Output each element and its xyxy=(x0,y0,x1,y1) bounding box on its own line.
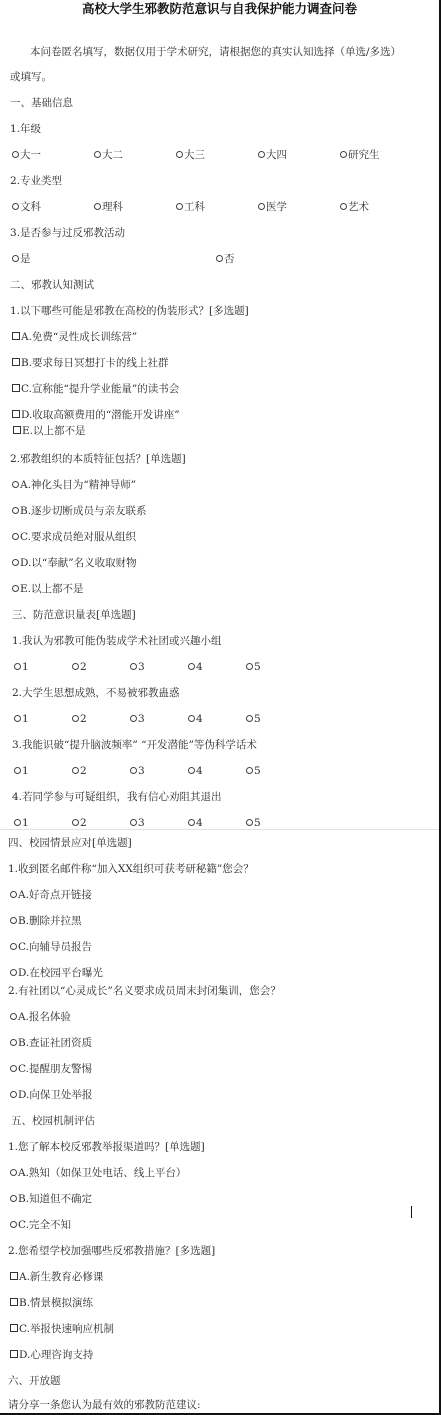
radio-scale1-1[interactable]: 1 xyxy=(14,660,29,674)
section-heading-mechanism-evaluation: 五、校园机制评估 xyxy=(11,1114,95,1128)
radio-scale4-2[interactable]: 2 xyxy=(72,816,87,830)
radio-major-medicine[interactable]: 医学 xyxy=(258,200,287,214)
radio-scale1-2[interactable]: 2 xyxy=(72,660,87,674)
section-heading-awareness-scale: 三、防范意识量表[单选题] xyxy=(12,608,136,622)
checkbox-measures-b[interactable]: B.情景模拟演练 xyxy=(10,1296,93,1310)
radio-major-art[interactable]: 艺术 xyxy=(340,200,369,214)
radio-channel-a[interactable]: A.熟知（如保卫处电话、线上平台） xyxy=(10,1166,186,1180)
radio-features-e[interactable]: E.以上都不是 xyxy=(12,582,84,596)
radio-icon[interactable] xyxy=(216,255,223,262)
radio-icon[interactable] xyxy=(188,663,195,670)
intro-text-line-1: 本问卷匿名填写，数据仅用于学术研究，请根据您的真实认知选择（单选/多选） xyxy=(30,45,401,59)
radio-icon[interactable] xyxy=(12,151,19,158)
document-page: 高校大学生邪教防范意识与自我保护能力调查问卷 本问卷匿名填写，数据仅用于学术研究… xyxy=(0,0,441,1415)
radio-icon[interactable] xyxy=(72,663,79,670)
radio-icon[interactable] xyxy=(12,559,19,566)
checkbox-icon[interactable] xyxy=(13,426,21,434)
checkbox-icon[interactable] xyxy=(10,1324,18,1332)
question-scale-4: 4.若同学参与可疑组织，我有信心劝阻其退出 xyxy=(12,790,222,804)
checkbox-measures-a[interactable]: A.新生教育必修课 xyxy=(10,1270,103,1284)
document-title: 高校大学生邪教防范意识与自我保护能力调查问卷 xyxy=(0,1,439,17)
radio-training-d[interactable]: D.向保卫处举报 xyxy=(10,1088,92,1102)
radio-icon[interactable] xyxy=(188,715,195,722)
radio-features-c[interactable]: C.要求成员绝对服从组织 xyxy=(12,530,136,544)
radio-scale2-5[interactable]: 5 xyxy=(246,712,261,726)
radio-participation-yes[interactable]: 是 xyxy=(12,252,31,266)
radio-scale4-3[interactable]: 3 xyxy=(130,816,145,830)
radio-scale3-2[interactable]: 2 xyxy=(72,764,87,778)
radio-icon[interactable] xyxy=(340,203,347,210)
radio-training-c[interactable]: C.提醒朋友警惕 xyxy=(10,1062,92,1076)
radio-icon[interactable] xyxy=(72,767,79,774)
radio-icon[interactable] xyxy=(258,203,265,210)
checkbox-icon[interactable] xyxy=(10,1272,18,1280)
radio-email-b[interactable]: B.删除并拉黑 xyxy=(10,914,82,928)
radio-icon[interactable] xyxy=(72,819,79,826)
radio-scale4-5[interactable]: 5 xyxy=(246,816,261,830)
radio-channel-c[interactable]: C.完全不知 xyxy=(10,1218,71,1232)
radio-icon[interactable] xyxy=(10,1013,17,1020)
radio-major-engineering[interactable]: 工科 xyxy=(176,200,205,214)
question-cult-features: 2.邪教组织的本质特征包括？[单选题] xyxy=(10,452,186,466)
checkbox-disguise-b[interactable]: B.要求每日冥想打卡的线上社群 xyxy=(12,356,169,370)
radio-scale2-1[interactable]: 1 xyxy=(14,712,29,726)
radio-icon[interactable] xyxy=(10,1091,17,1098)
radio-icon[interactable] xyxy=(188,767,195,774)
radio-icon[interactable] xyxy=(14,663,21,670)
radio-scale2-2[interactable]: 2 xyxy=(72,712,87,726)
radio-icon[interactable] xyxy=(258,151,265,158)
question-school-measures: 2.您希望学校加强哪些反邪教措施？[多选题] xyxy=(8,1244,215,1258)
radio-features-d[interactable]: D.以“奉献”名义收取财物 xyxy=(12,556,137,570)
radio-icon[interactable] xyxy=(12,203,19,210)
radio-grade-4[interactable]: 大四 xyxy=(258,148,287,162)
radio-scale3-1[interactable]: 1 xyxy=(14,764,29,778)
checkbox-disguise-a[interactable]: A.免费“灵性成长训练营” xyxy=(12,330,137,344)
radio-icon[interactable] xyxy=(246,663,253,670)
question-open-suggestion[interactable]: 请分享一条您认为最有效的邪教防范建议: xyxy=(8,1398,201,1412)
radio-scale3-4[interactable]: 4 xyxy=(188,764,203,778)
radio-major-science[interactable]: 理科 xyxy=(94,200,123,214)
checkbox-disguise-d[interactable]: D.收取高额费用的“潜能开发讲座” xyxy=(12,408,180,422)
radio-icon[interactable] xyxy=(130,663,137,670)
radio-icon[interactable] xyxy=(176,203,183,210)
question-anonymous-email: 1.收到匿名邮件称“加入XX组织可获考研秘籍”您会？ xyxy=(8,862,254,876)
checkbox-measures-d[interactable]: D.心理咨询支持 xyxy=(10,1348,93,1362)
radio-icon[interactable] xyxy=(10,969,17,976)
checkbox-icon[interactable] xyxy=(12,358,20,366)
radio-icon[interactable] xyxy=(94,203,101,210)
radio-grade-1[interactable]: 大一 xyxy=(12,148,41,162)
radio-grade-graduate[interactable]: 研究生 xyxy=(340,148,380,162)
section-heading-open-question: 六、开放题 xyxy=(8,1374,61,1388)
radio-scale3-5[interactable]: 5 xyxy=(246,764,261,778)
radio-scale2-3[interactable]: 3 xyxy=(130,712,145,726)
radio-icon[interactable] xyxy=(130,715,137,722)
checkbox-icon[interactable] xyxy=(12,384,20,392)
section-heading-basic-info: 一、基础信息 xyxy=(10,96,73,110)
radio-icon[interactable] xyxy=(10,1065,17,1072)
radio-icon[interactable] xyxy=(340,151,347,158)
radio-icon[interactable] xyxy=(246,715,253,722)
checkbox-disguise-e[interactable]: E.以上都不是 xyxy=(13,424,86,438)
radio-scale1-3[interactable]: 3 xyxy=(130,660,145,674)
radio-icon[interactable] xyxy=(12,255,19,262)
radio-email-a[interactable]: A.好奇点开链接 xyxy=(10,888,92,902)
checkbox-icon[interactable] xyxy=(12,332,20,340)
radio-scale1-4[interactable]: 4 xyxy=(188,660,203,674)
radio-major-liberal-arts[interactable]: 文科 xyxy=(12,200,41,214)
radio-icon[interactable] xyxy=(10,1169,17,1176)
radio-icon[interactable] xyxy=(176,151,183,158)
question-grade: 1.年级 xyxy=(10,122,41,136)
radio-icon[interactable] xyxy=(12,481,19,488)
text-cursor xyxy=(411,1206,412,1218)
radio-icon[interactable] xyxy=(10,1039,17,1046)
radio-scale4-1[interactable]: 1 xyxy=(14,816,29,830)
section-heading-cognition-test: 二、邪教认知测试 xyxy=(10,278,94,292)
radio-email-c[interactable]: C.向辅导员报告 xyxy=(10,940,92,954)
radio-icon[interactable] xyxy=(188,819,195,826)
radio-features-a[interactable]: A.神化头目为“精神导师” xyxy=(12,478,136,492)
page-break-divider xyxy=(0,829,439,830)
radio-icon[interactable] xyxy=(246,767,253,774)
question-scale-3: 3.我能识破“提升脑波频率” “开发潜能”等伪科学话术 xyxy=(12,738,257,752)
radio-icon[interactable] xyxy=(10,891,17,898)
radio-icon[interactable] xyxy=(14,715,21,722)
section-heading-campus-scenarios: 四、校园情景应对[单选题] xyxy=(8,836,132,850)
radio-icon[interactable] xyxy=(94,151,101,158)
question-scale-1: 1.我认为邪教可能伪装成学术社团或兴趣小组 xyxy=(12,634,222,648)
intro-text-line-2: 或填写。 xyxy=(10,70,52,84)
radio-icon[interactable] xyxy=(72,715,79,722)
radio-training-a[interactable]: A.报名体验 xyxy=(10,1010,71,1024)
radio-icon[interactable] xyxy=(130,767,137,774)
checkbox-icon[interactable] xyxy=(10,1350,18,1358)
radio-icon[interactable] xyxy=(130,819,137,826)
checkbox-icon[interactable] xyxy=(12,410,20,418)
radio-grade-3[interactable]: 大三 xyxy=(176,148,205,162)
question-disguise-forms: 1.以下哪些可能是邪教在高校的伪装形式？[多选题] xyxy=(10,304,249,318)
checkbox-disguise-c[interactable]: C.宣称能“提升学业能量”的读书会 xyxy=(12,382,179,396)
radio-participation-no[interactable]: 否 xyxy=(216,252,235,266)
question-participation: 3.是否参与过反邪教活动 xyxy=(10,226,125,240)
radio-icon[interactable] xyxy=(12,585,19,592)
radio-scale3-3[interactable]: 3 xyxy=(130,764,145,778)
question-major: 2.专业类型 xyxy=(10,174,62,188)
radio-icon[interactable] xyxy=(10,917,17,924)
question-closed-training: 2.有社团以“心灵成长”名义要求成员周末封闭集训，您会？ xyxy=(8,984,281,998)
radio-icon[interactable] xyxy=(10,1195,17,1202)
radio-icon[interactable] xyxy=(10,943,17,950)
question-scale-2: 2.大学生思想成熟，不易被邪教蛊惑 xyxy=(12,686,180,700)
radio-icon[interactable] xyxy=(10,1221,17,1228)
radio-scale1-5[interactable]: 5 xyxy=(246,660,261,674)
radio-scale4-4[interactable]: 4 xyxy=(188,816,203,830)
checkbox-measures-c[interactable]: C.举报快速响应机制 xyxy=(10,1322,114,1336)
radio-channel-b[interactable]: B.知道但不确定 xyxy=(10,1192,92,1206)
radio-icon[interactable] xyxy=(246,819,253,826)
radio-scale2-4[interactable]: 4 xyxy=(188,712,203,726)
radio-icon[interactable] xyxy=(14,819,21,826)
question-report-channel: 1.您了解本校反邪教举报渠道吗？[单选题] xyxy=(8,1140,205,1154)
radio-icon[interactable] xyxy=(14,767,21,774)
radio-features-b[interactable]: B.逐步切断成员与亲友联系 xyxy=(12,504,147,518)
radio-training-b[interactable]: B.查证社团资质 xyxy=(10,1036,92,1050)
radio-grade-2[interactable]: 大二 xyxy=(94,148,123,162)
checkbox-icon[interactable] xyxy=(10,1298,18,1306)
radio-icon[interactable] xyxy=(12,533,19,540)
radio-email-d[interactable]: D.在校园平台曝光 xyxy=(10,966,103,980)
radio-icon[interactable] xyxy=(12,507,19,514)
